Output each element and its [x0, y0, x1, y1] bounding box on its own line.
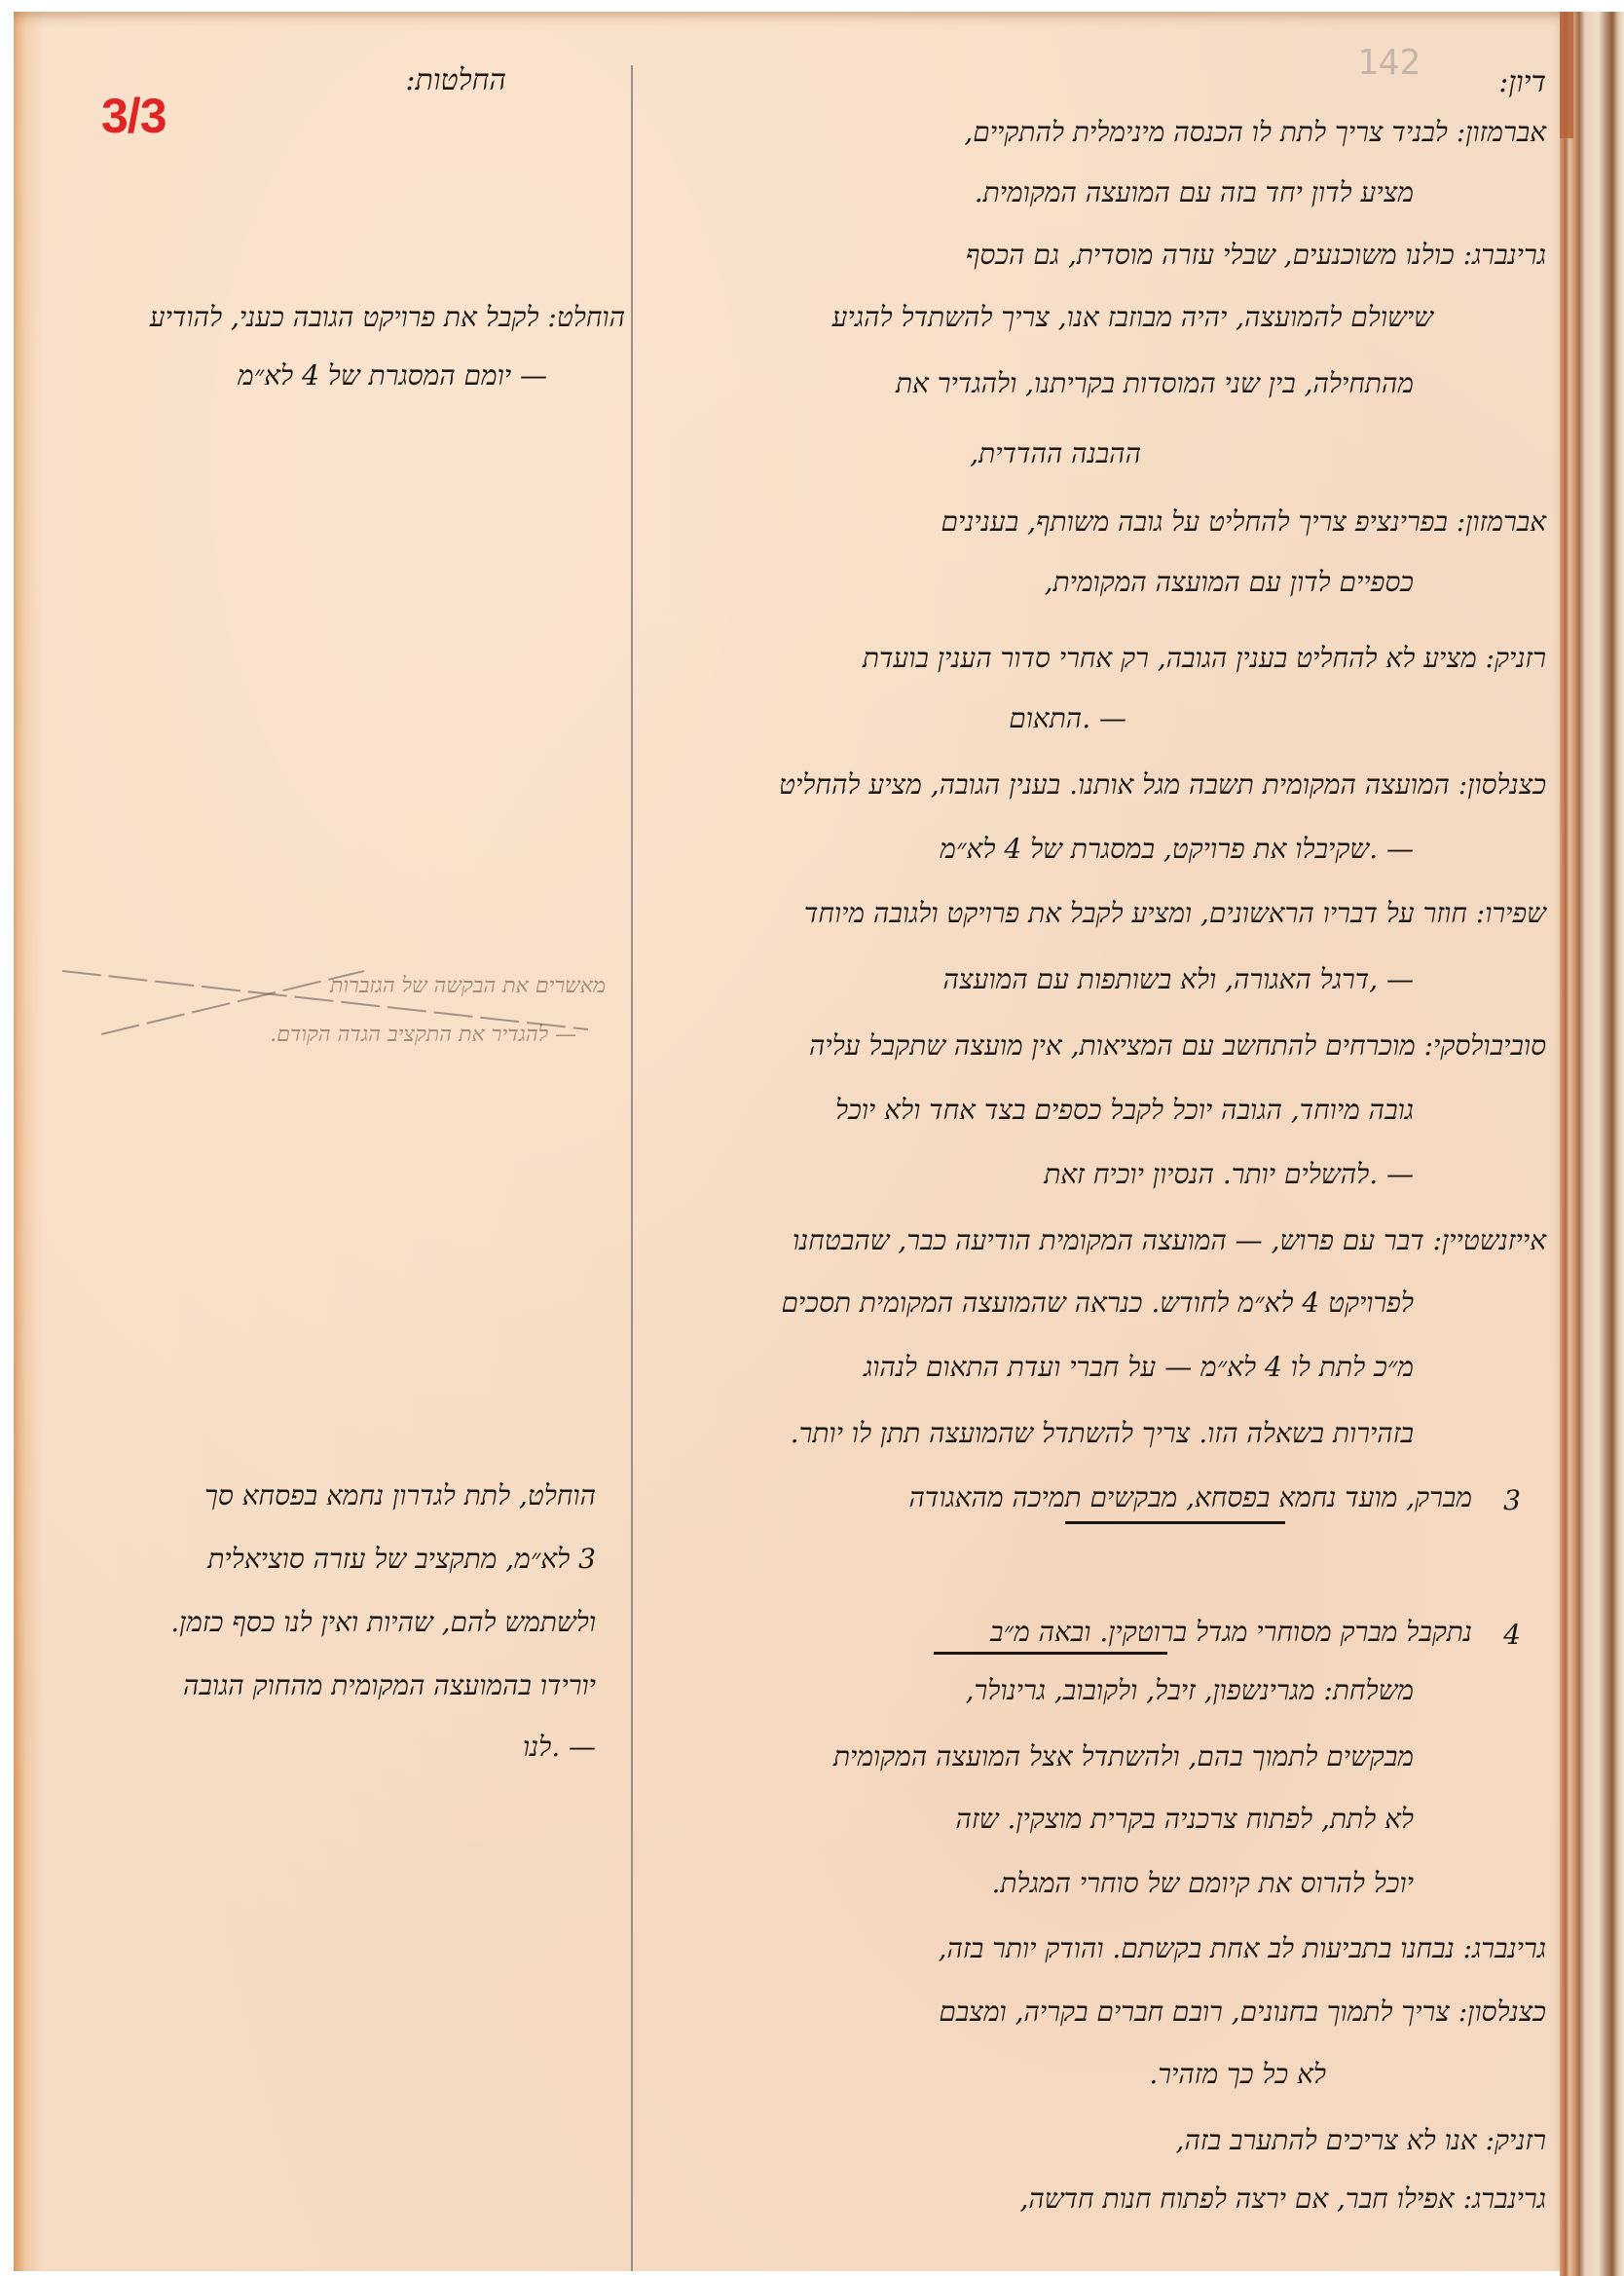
- column-divider: [631, 65, 633, 2271]
- underline-mark: [934, 1652, 1167, 1655]
- discussion-line: לפרויקט 4 לא״מ לחודש. כנראה שהמועצה המקו…: [781, 1289, 1414, 1317]
- discussion-line: — .התאום: [1009, 705, 1126, 732]
- discussion-line: מציע לדון יחד בזה עם המועצה המקומית.: [975, 179, 1414, 206]
- discussion-line: אברמזון: לבניד צריך לתת לו הכנסה מינימלי…: [964, 119, 1546, 146]
- binding-tab: [1560, 12, 1573, 138]
- discussion-line: — .להשלים יותר. הנסיון יוכיח זאת: [1044, 1161, 1414, 1188]
- discussion-line: שפירו: חוזר על דבריו הראשונים, ומציע לקב…: [804, 900, 1546, 927]
- discussion-line: שישולם להמועצה, יהיה מבוזבז אנו, צריך לה…: [832, 304, 1433, 331]
- struck-decision-line: מאשרים את הבקשה של הגזברות: [330, 976, 606, 997]
- discussion-line: — .שקיבלו את פרויקט, במסגרת של 4 לא״מ: [940, 836, 1414, 863]
- decision-line: 3 לא״מ, מתקציב של עזרה סוציאלית: [207, 1546, 596, 1573]
- discussion-line: אייזנשטיין: דבר עם פרוש, — המועצה המקומי…: [793, 1227, 1546, 1254]
- discussion-line: — ,דרגל האגורה, ולא בשותפות עם המועצה: [943, 966, 1414, 993]
- discussion-line: לא לתת, לפתוח צרכניה בקרית מוצקין. שזה: [956, 1806, 1414, 1833]
- discussion-line: גרינברג: אפילו חבר, אם ירצה לפתוח חנות ח…: [1019, 2185, 1546, 2213]
- item-number-3: 3: [1503, 1484, 1521, 1516]
- struck-decision-line: — להגדיר את התקציב הגדה הקודם.: [270, 1025, 576, 1046]
- discussion-line: כצנלסון: צריך לתמוך בחנונים, רובם חברים …: [939, 1998, 1546, 2026]
- notebook-page: 3/3 142 החלטות: הוחלט: לקבל את פרויקט הג…: [14, 12, 1560, 2271]
- decision-line: הוחלט: לקבל את פרויקט הגובה כעני, להודיע: [150, 304, 625, 331]
- item-number-4: 4: [1503, 1619, 1521, 1651]
- decision-line: יורידו בהמועצה המקומית מהחוק הגובה: [183, 1672, 596, 1699]
- discussion-line: מהתחילה, בין שני המוסדות בקריתנו, ולהגדי…: [896, 370, 1414, 397]
- discussion-line: סוביבולסקי: מוכרחים להתחשב עם המציאות, א…: [809, 1032, 1546, 1060]
- discussion-line: גרינברג: נבחנו בתביעות לב אחת בקשתם. והו…: [939, 1935, 1546, 1962]
- discussion-line: כצנלסון: המועצה המקומית תשבה מגל אותנו. …: [779, 771, 1546, 799]
- discussion-line: כספיים לדון עם המועצה המקומית,: [1045, 569, 1414, 596]
- discussion-line: גובה מיוחד, הגובה יוכל לקבל כספים בצד אח…: [835, 1097, 1414, 1124]
- discussion-line: לא כל כך מזהיר.: [1149, 2061, 1326, 2088]
- discussion-heading: דיון:: [1498, 68, 1546, 97]
- discussion-line: רזניק: מציע לא להחליט בענין הגובה, רק אח…: [863, 645, 1546, 672]
- discussion-line: יוכל להרוס את קיומם של סוחרי המגלת.: [992, 1870, 1414, 1897]
- discussion-line: מבקשים לתמוך בהם, ולהשתדל אצל המועצה המק…: [833, 1743, 1414, 1771]
- decision-line: ולשתמש להם, שהיות ואין לנו כסף כזמן.: [170, 1609, 596, 1636]
- notebook-binding: [1560, 12, 1624, 2276]
- decision-line: — .לנו: [523, 1734, 596, 1761]
- scanned-document: 3/3 142 החלטות: הוחלט: לקבל את פרויקט הג…: [0, 0, 1624, 2276]
- discussion-line: רזניק: אנו לא צריכים להתערב בזה,: [1176, 2127, 1546, 2154]
- discussion-line: מברק, מועד נחמא בפסחא, מבקשים תמיכה מהאג…: [908, 1484, 1472, 1511]
- discussion-line: אברמזון: בפרינציפ צריך להחליט על גובה מש…: [941, 508, 1546, 536]
- discussion-line: ההבנה ההדדית,: [970, 440, 1141, 467]
- discussion-line: מ״כ לתת לו 4 לא״מ — על חברי ועדת התאום ל…: [864, 1354, 1414, 1381]
- discussion-line: גרינברג: כולנו משוכנעים, שבלי עזרה מוסדי…: [966, 242, 1546, 269]
- discussion-line: משלחת: מגרינשפון, זיבל, ולקובוב, גרינולר…: [966, 1677, 1414, 1704]
- decision-line: הוחלט, לתת לגדרון נחמא בפסחא סך: [204, 1482, 596, 1510]
- page-counter: 3/3: [101, 88, 166, 144]
- stamp-number: 142: [1357, 43, 1421, 83]
- discussion-line: נתקבל מברק מסוחרי מגדל ברוטקין. ובאה מ״ב: [990, 1619, 1472, 1646]
- discussion-line: בזהירות בשאלה הזו. צריך להשתדל שהמועצה ת…: [791, 1420, 1414, 1447]
- underline-mark: [1065, 1521, 1285, 1524]
- decision-line: — יומם המסגרת של 4 לא״מ: [238, 362, 547, 390]
- decisions-heading: החלטות:: [405, 66, 506, 95]
